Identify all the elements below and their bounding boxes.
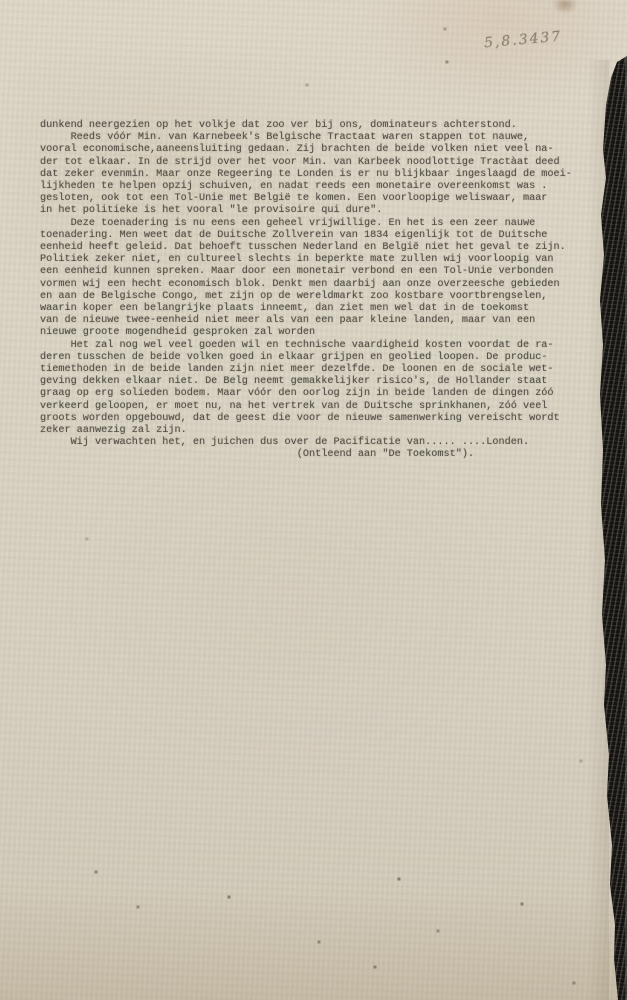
scanned-document-page: 5,8.3437 dunkend neergezien op het volkj… [0, 0, 627, 1000]
typewritten-body-text: dunkend neergezien op het volkje dat zoo… [40, 120, 572, 462]
paper-dust-specks [0, 0, 2, 2]
paper-stain [60, 420, 520, 780]
paper-stain [360, 0, 627, 110]
paper-stain [0, 890, 627, 1000]
paper-stain [552, 0, 578, 14]
handwritten-catalog-number: 5,8.3437 [483, 29, 562, 52]
